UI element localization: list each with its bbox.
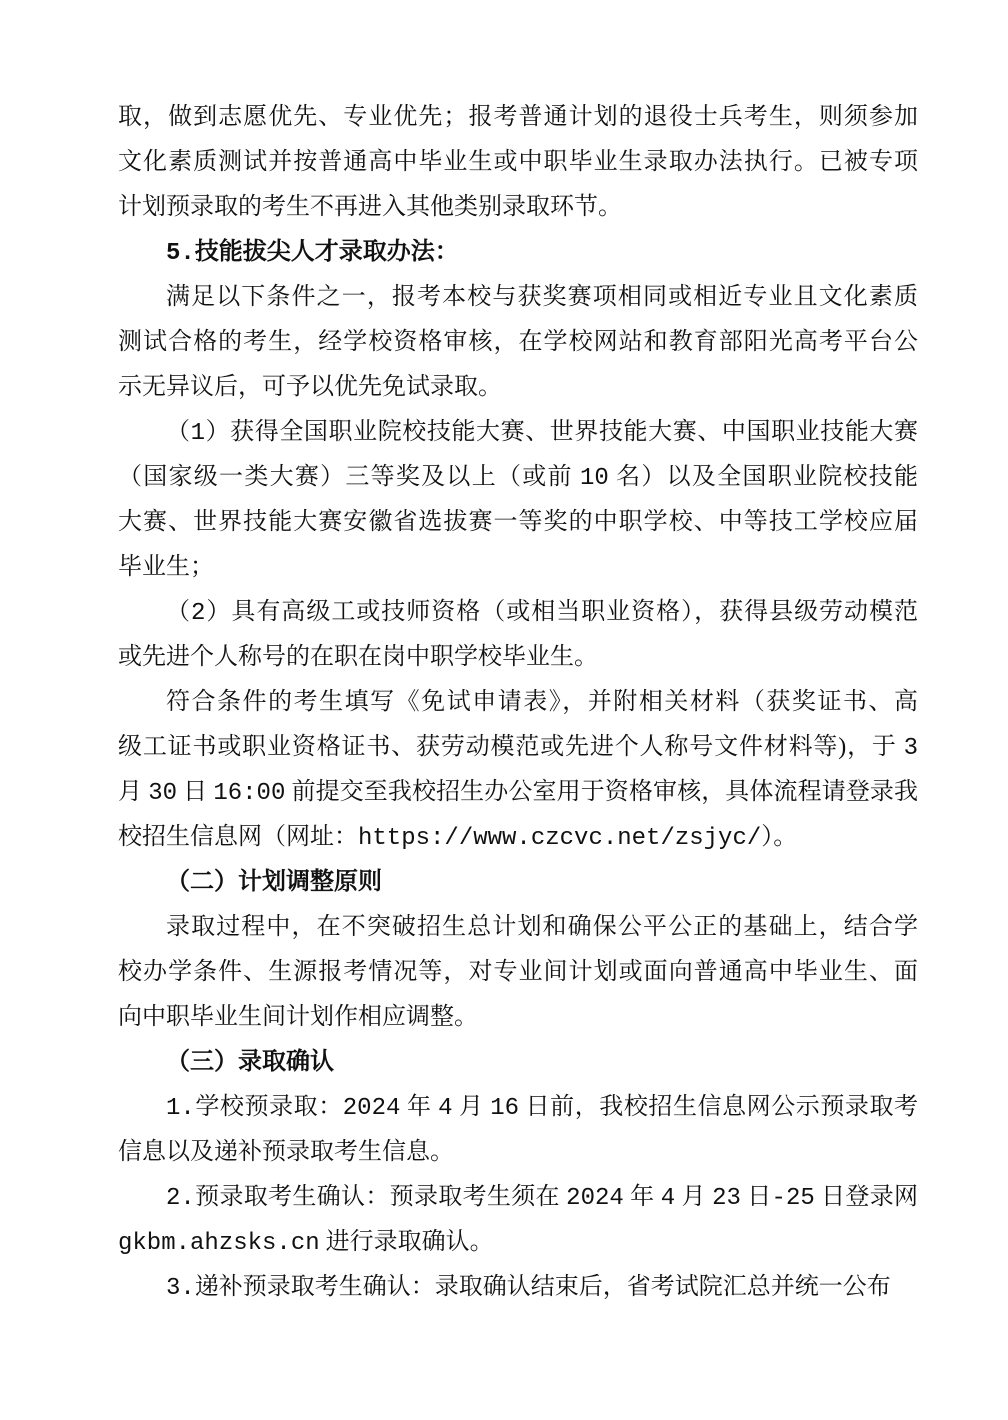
text-line: 月 30 日 16:00 前提交至我校招生办公室用于资格审核，具体流程请登录我 (118, 770, 918, 815)
latin-text: 23 (712, 1185, 741, 1212)
text-line: 2.预录取考生确认：预录取考生须在 2024 年 4 月 23 日-25 日登录… (118, 1175, 918, 1220)
text-line: 1.学校预录取：2024 年 4 月 16 日前，我校招生信息网公示预录取考生 (118, 1085, 918, 1130)
latin-text: 2 (191, 600, 205, 627)
text-line: 3.递补预录取考生确认：录取确认结束后，省考试院汇总并统一公布 (118, 1265, 918, 1310)
text-line: （国家级一类大赛）三等奖及以上（或前 10 名）以及全国职业院校技能 (118, 455, 918, 500)
text-line: 毕业生； (118, 545, 918, 590)
heading-admission-confirmation: （三）录取确认 (118, 1040, 918, 1085)
latin-text: 1 (191, 420, 205, 447)
text-line: 信息以及递补预录取考生信息。 (118, 1130, 918, 1175)
text-line: 示无异议后，可予以优先免试录取。 (118, 365, 918, 410)
latin-text: 5. (166, 240, 195, 267)
para-application-procedure: 符合条件的考生填写《免试申请表》，并附相关材料（获奖证书、高级工证书或职业资格证… (118, 680, 918, 860)
document-page: 取，做到志愿优先、专业优先；报考普通计划的退役士兵考生，则须参加文化素质测试并按… (0, 0, 1008, 1420)
latin-text: 30 (148, 780, 177, 807)
latin-text: 3. (166, 1275, 195, 1302)
latin-text: 2024 (343, 1095, 401, 1122)
text-line: gkbm.ahzsks.cn 进行录取确认。 (118, 1220, 918, 1265)
document-body: 取，做到志愿优先、专业优先；报考普通计划的退役士兵考生，则须参加文化素质测试并按… (118, 95, 918, 1310)
heading-plan-adjustment: （二）计划调整原则 (118, 860, 918, 905)
text-line: 大赛、世界技能大赛安徽省选拔赛一等奖的中职学校、中等技工学校应届 (118, 500, 918, 545)
para-condition-2: （2）具有高级工或技师资格（或相当职业资格），获得县级劳动模范或先进个人称号的在… (118, 590, 918, 680)
latin-text: -25 (772, 1185, 815, 1212)
para-condition-1: （1）获得全国职业院校技能大赛、世界技能大赛、中国职业技能大赛（国家级一类大赛）… (118, 410, 918, 590)
latin-text: gkbm.ahzsks.cn (118, 1230, 320, 1257)
para-supplementary-confirmation: 3.递补预录取考生确认：录取确认结束后，省考试院汇总并统一公布 (118, 1265, 918, 1310)
heading-skill-talent-admission: 5.技能拔尖人才录取办法： (118, 230, 918, 275)
para-special-plan-continuation: 取，做到志愿优先、专业优先；报考普通计划的退役士兵考生，则须参加文化素质测试并按… (118, 95, 918, 230)
para-school-pre-admission: 1.学校预录取：2024 年 4 月 16 日前，我校招生信息网公示预录取考生信… (118, 1085, 918, 1175)
latin-text: 16 (490, 1095, 519, 1122)
text-line: （三）录取确认 (118, 1040, 918, 1085)
text-line: 计划预录取的考生不再进入其他类别录取环节。 (118, 185, 918, 230)
text-line: 校办学条件、生源报考情况等，对专业间计划或面向普通高中毕业生、面 (118, 950, 918, 995)
text-line: （2）具有高级工或技师资格（或相当职业资格），获得县级劳动模范 (118, 590, 918, 635)
text-line: （1）获得全国职业院校技能大赛、世界技能大赛、中国职业技能大赛 (118, 410, 918, 455)
text-line: 级工证书或职业资格证书、获劳动模范或先进个人称号文件材料等)，于 3 (118, 725, 918, 770)
latin-text: 1. (166, 1095, 195, 1122)
latin-text: 16:00 (213, 780, 285, 807)
text-line: 取，做到志愿优先、专业优先；报考普通计划的退役士兵考生，则须参加 (118, 95, 918, 140)
latin-text: 2. (166, 1185, 195, 1212)
latin-text: 2024 (566, 1185, 624, 1212)
para-plan-adjustment: 录取过程中，在不突破招生总计划和确保公平公正的基础上，结合学校办学条件、生源报考… (118, 905, 918, 1040)
latin-text: 10 (580, 465, 609, 492)
latin-text: https://www.czcvc.net/zsjyc/ (358, 825, 761, 852)
text-line: 测试合格的考生，经学校资格审核，在学校网站和教育部阳光高考平台公 (118, 320, 918, 365)
text-line: 或先进个人称号的在职在岗中职学校毕业生。 (118, 635, 918, 680)
text-line: 向中职毕业生间计划作相应调整。 (118, 995, 918, 1040)
text-line: （二）计划调整原则 (118, 860, 918, 905)
latin-text: 4 (661, 1185, 675, 1212)
text-line: 文化素质测试并按普通高中毕业生或中职毕业生录取办法执行。已被专项 (118, 140, 918, 185)
text-line: 校招生信息网（网址：https://www.czcvc.net/zsjyc/）。 (118, 815, 918, 860)
text-line: 符合条件的考生填写《免试申请表》，并附相关材料（获奖证书、高 (118, 680, 918, 725)
text-line: 5.技能拔尖人才录取办法： (118, 230, 918, 275)
para-candidate-confirmation: 2.预录取考生确认：预录取考生须在 2024 年 4 月 23 日-25 日登录… (118, 1175, 918, 1265)
latin-text: 3 (904, 735, 918, 762)
text-line: 满足以下条件之一，报考本校与获奖赛项相同或相近专业且文化素质 (118, 275, 918, 320)
latin-text: 4 (438, 1095, 452, 1122)
para-exemption-conditions-intro: 满足以下条件之一，报考本校与获奖赛项相同或相近专业且文化素质测试合格的考生，经学… (118, 275, 918, 410)
text-line: 录取过程中，在不突破招生总计划和确保公平公正的基础上，结合学 (118, 905, 918, 950)
